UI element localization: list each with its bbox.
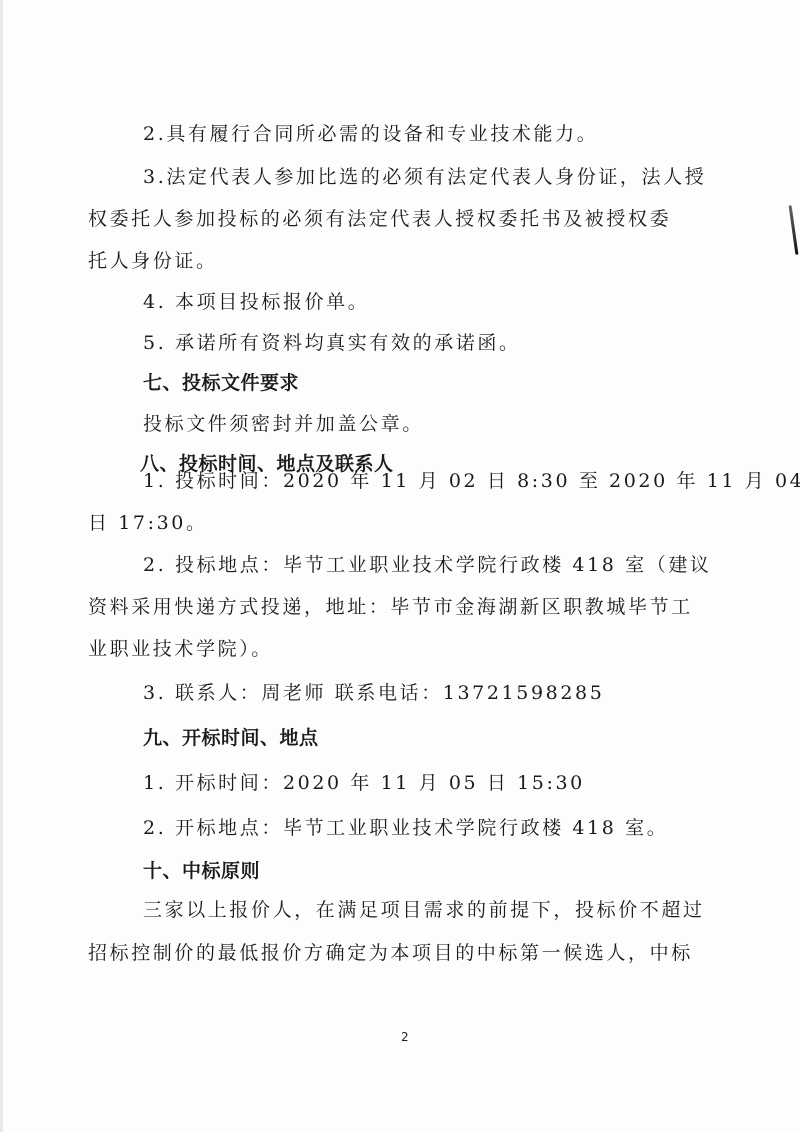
requirement-3-cont: 托人身份证。: [88, 246, 218, 273]
opening-time: 1. 开标时间：2020 年 11 月 05 日 15:30: [143, 768, 585, 795]
bid-location-cont: 资料采用快递方式投递，地址：毕节市金海湖新区职教城毕节工: [88, 592, 693, 619]
section-heading-9: 九、开标时间、地点: [143, 723, 319, 750]
scan-edge-mark: [789, 205, 799, 255]
page-number: 2: [401, 1030, 409, 1044]
bid-location-cont: 业职业技术学院）。: [88, 634, 273, 661]
section-7-body: 投标文件须密封并加盖公章。: [143, 409, 424, 436]
bid-time: 1. 投标时间：2020 年 11 月 02 日 8:30 至 2020 年 1…: [143, 466, 800, 493]
requirement-3: 3.法定代表人参加比选的必须有法定代表人身份证，法人授: [143, 162, 706, 189]
award-principle-cont: 招标控制价的最低报价方确定为本项目的中标第一候选人，中标: [88, 938, 693, 965]
requirement-3-cont: 权委托人参加投标的必须有法定代表人授权委托书及被授权委: [88, 204, 671, 231]
section-heading-10: 十、中标原则: [143, 856, 260, 883]
requirement-4: 4. 本项目投标报价单。: [143, 287, 369, 314]
bid-time-cont: 日 17:30。: [88, 508, 208, 535]
section-heading-7: 七、投标文件要求: [143, 368, 299, 395]
requirement-2: 2.具有履行合同所必需的设备和专业技术能力。: [143, 119, 598, 146]
contact-info: 3. 联系人：周老师 联系电话：13721598285: [143, 678, 604, 705]
award-principle: 三家以上报价人，在满足项目需求的前提下，投标价不超过: [143, 895, 705, 922]
page-edge-shadow: [0, 0, 3, 1132]
opening-location: 2. 开标地点：毕节工业职业技术学院行政楼 418 室。: [143, 813, 668, 840]
document-page: 2.具有履行合同所必需的设备和专业技术能力。 3.法定代表人参加比选的必须有法定…: [0, 0, 800, 1132]
requirement-5: 5. 承诺所有资料均真实有效的承诺函。: [143, 328, 521, 355]
bid-location: 2. 投标地点：毕节工业职业技术学院行政楼 418 室（建议: [143, 550, 712, 577]
